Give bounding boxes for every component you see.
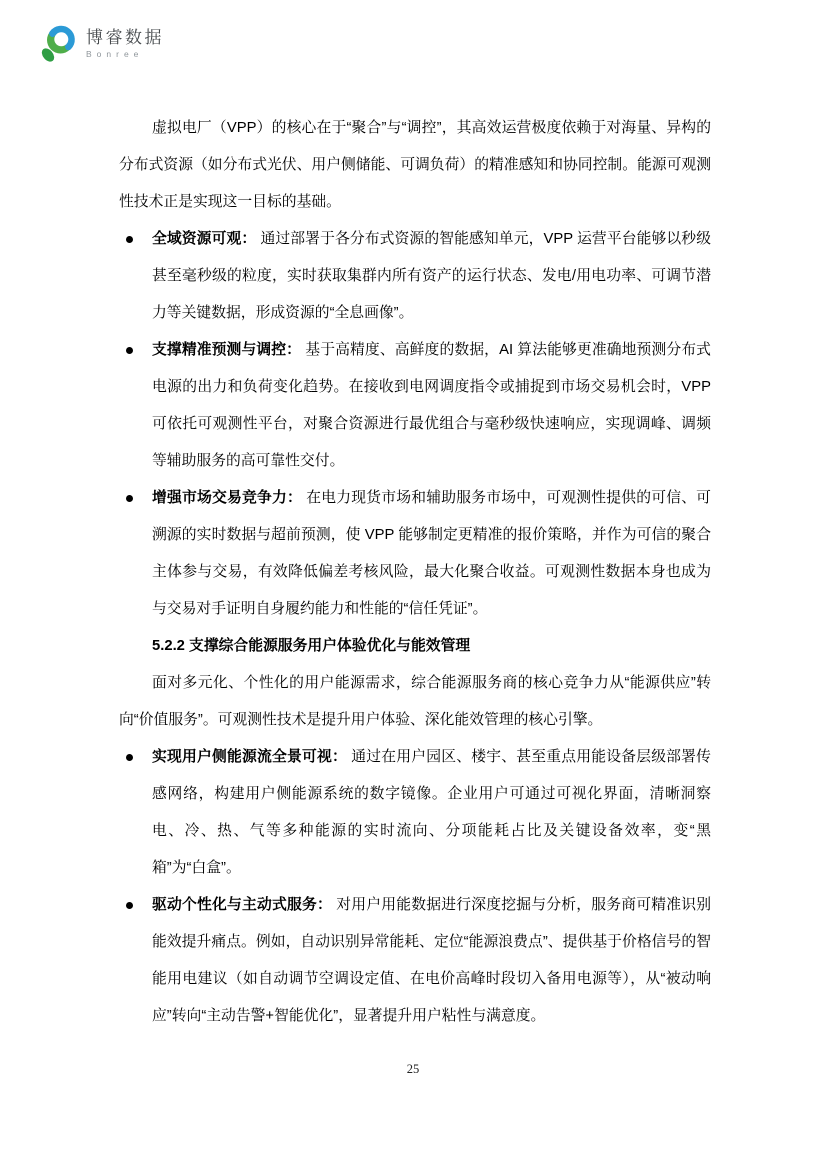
list-item-resource-observability: 全域资源可观： 通过部署于各分布式资源的智能感知单元，VPP 运营平台能够以秒级… xyxy=(119,221,711,332)
bullet-dot-icon xyxy=(126,754,133,761)
list-item-proactive-service: 驱动个性化与主动式服务： 对用户用能数据进行深度挖掘与分析，服务商可精准识别能效… xyxy=(119,887,711,1035)
list-item-energy-flow-visibility: 实现用户侧能源流全景可视： 通过在用户园区、楼宇、甚至重点用能设备层级部署传感网… xyxy=(119,739,711,887)
document-body: 虚拟电厂（VPP）的核心在于“聚合”与“调控”，其高效运营极度依赖于对海量、异构… xyxy=(119,110,711,1035)
bullet-list-vpp: 全域资源可观： 通过部署于各分布式资源的智能感知单元，VPP 运营平台能够以秒级… xyxy=(119,221,711,628)
bullet-list-energy-service: 实现用户侧能源流全景可视： 通过在用户园区、楼宇、甚至重点用能设备层级部署传感网… xyxy=(119,739,711,1035)
logo-company-subname: Bonree xyxy=(86,49,164,60)
list-item-prediction-control: 支撑精准预测与调控： 基于高精度、高鲜度的数据，AI 算法能够更准确地预测分布式… xyxy=(119,332,711,480)
list-item-market-competitiveness: 增强市场交易竞争力： 在电力现货市场和辅助服务市场中，可观测性提供的可信、可溯源… xyxy=(119,480,711,628)
bullet-text: 通过在用户园区、楼宇、甚至重点用能设备层级部署传感网络，构建用户侧能源系统的数字… xyxy=(152,749,711,876)
bullet-text: 对用户用能数据进行深度挖掘与分析，服务商可精准识别能效提升痛点。例如，自动识别异… xyxy=(152,897,711,1024)
paragraph-energy-service-intro: 面对多元化、个性化的用户能源需求，综合能源服务商的核心竞争力从“能源供应”转向“… xyxy=(119,665,711,739)
bullet-label: 实现用户侧能源流全景可视： xyxy=(152,749,351,765)
bullet-dot-icon xyxy=(126,495,133,502)
bullet-text: 基于高精度、高鲜度的数据，AI 算法能够更准确地预测分布式电源的出力和负荷变化趋… xyxy=(152,342,711,469)
bullet-label: 支撑精准预测与调控： xyxy=(152,342,305,358)
logo-text-block: 博睿数据 Bonree xyxy=(86,28,164,60)
bullet-label: 驱动个性化与主动式服务： xyxy=(152,897,336,913)
bullet-dot-icon xyxy=(126,902,133,909)
section-heading-5-2-2: 5.2.2 支撑综合能源服务用户体验优化与能效管理 xyxy=(119,628,711,665)
bonree-logo-icon xyxy=(40,23,80,64)
bullet-label: 全域资源可观： xyxy=(152,231,260,247)
document-page: 博睿数据 Bonree 虚拟电厂（VPP）的核心在于“聚合”与“调控”，其高效运… xyxy=(0,0,826,1169)
bullet-label: 增强市场交易竞争力： xyxy=(152,490,306,506)
logo-company-name: 博睿数据 xyxy=(86,28,164,47)
bullet-dot-icon xyxy=(126,347,133,354)
paragraph-vpp-intro: 虚拟电厂（VPP）的核心在于“聚合”与“调控”，其高效运营极度依赖于对海量、异构… xyxy=(119,110,711,221)
bonree-logo: 博睿数据 Bonree xyxy=(40,23,164,64)
bullet-dot-icon xyxy=(126,236,133,243)
page-number: 25 xyxy=(0,1062,826,1077)
bullet-text: 在电力现货市场和辅助服务市场中，可观测性提供的可信、可溯源的实时数据与超前预测，… xyxy=(152,490,711,617)
